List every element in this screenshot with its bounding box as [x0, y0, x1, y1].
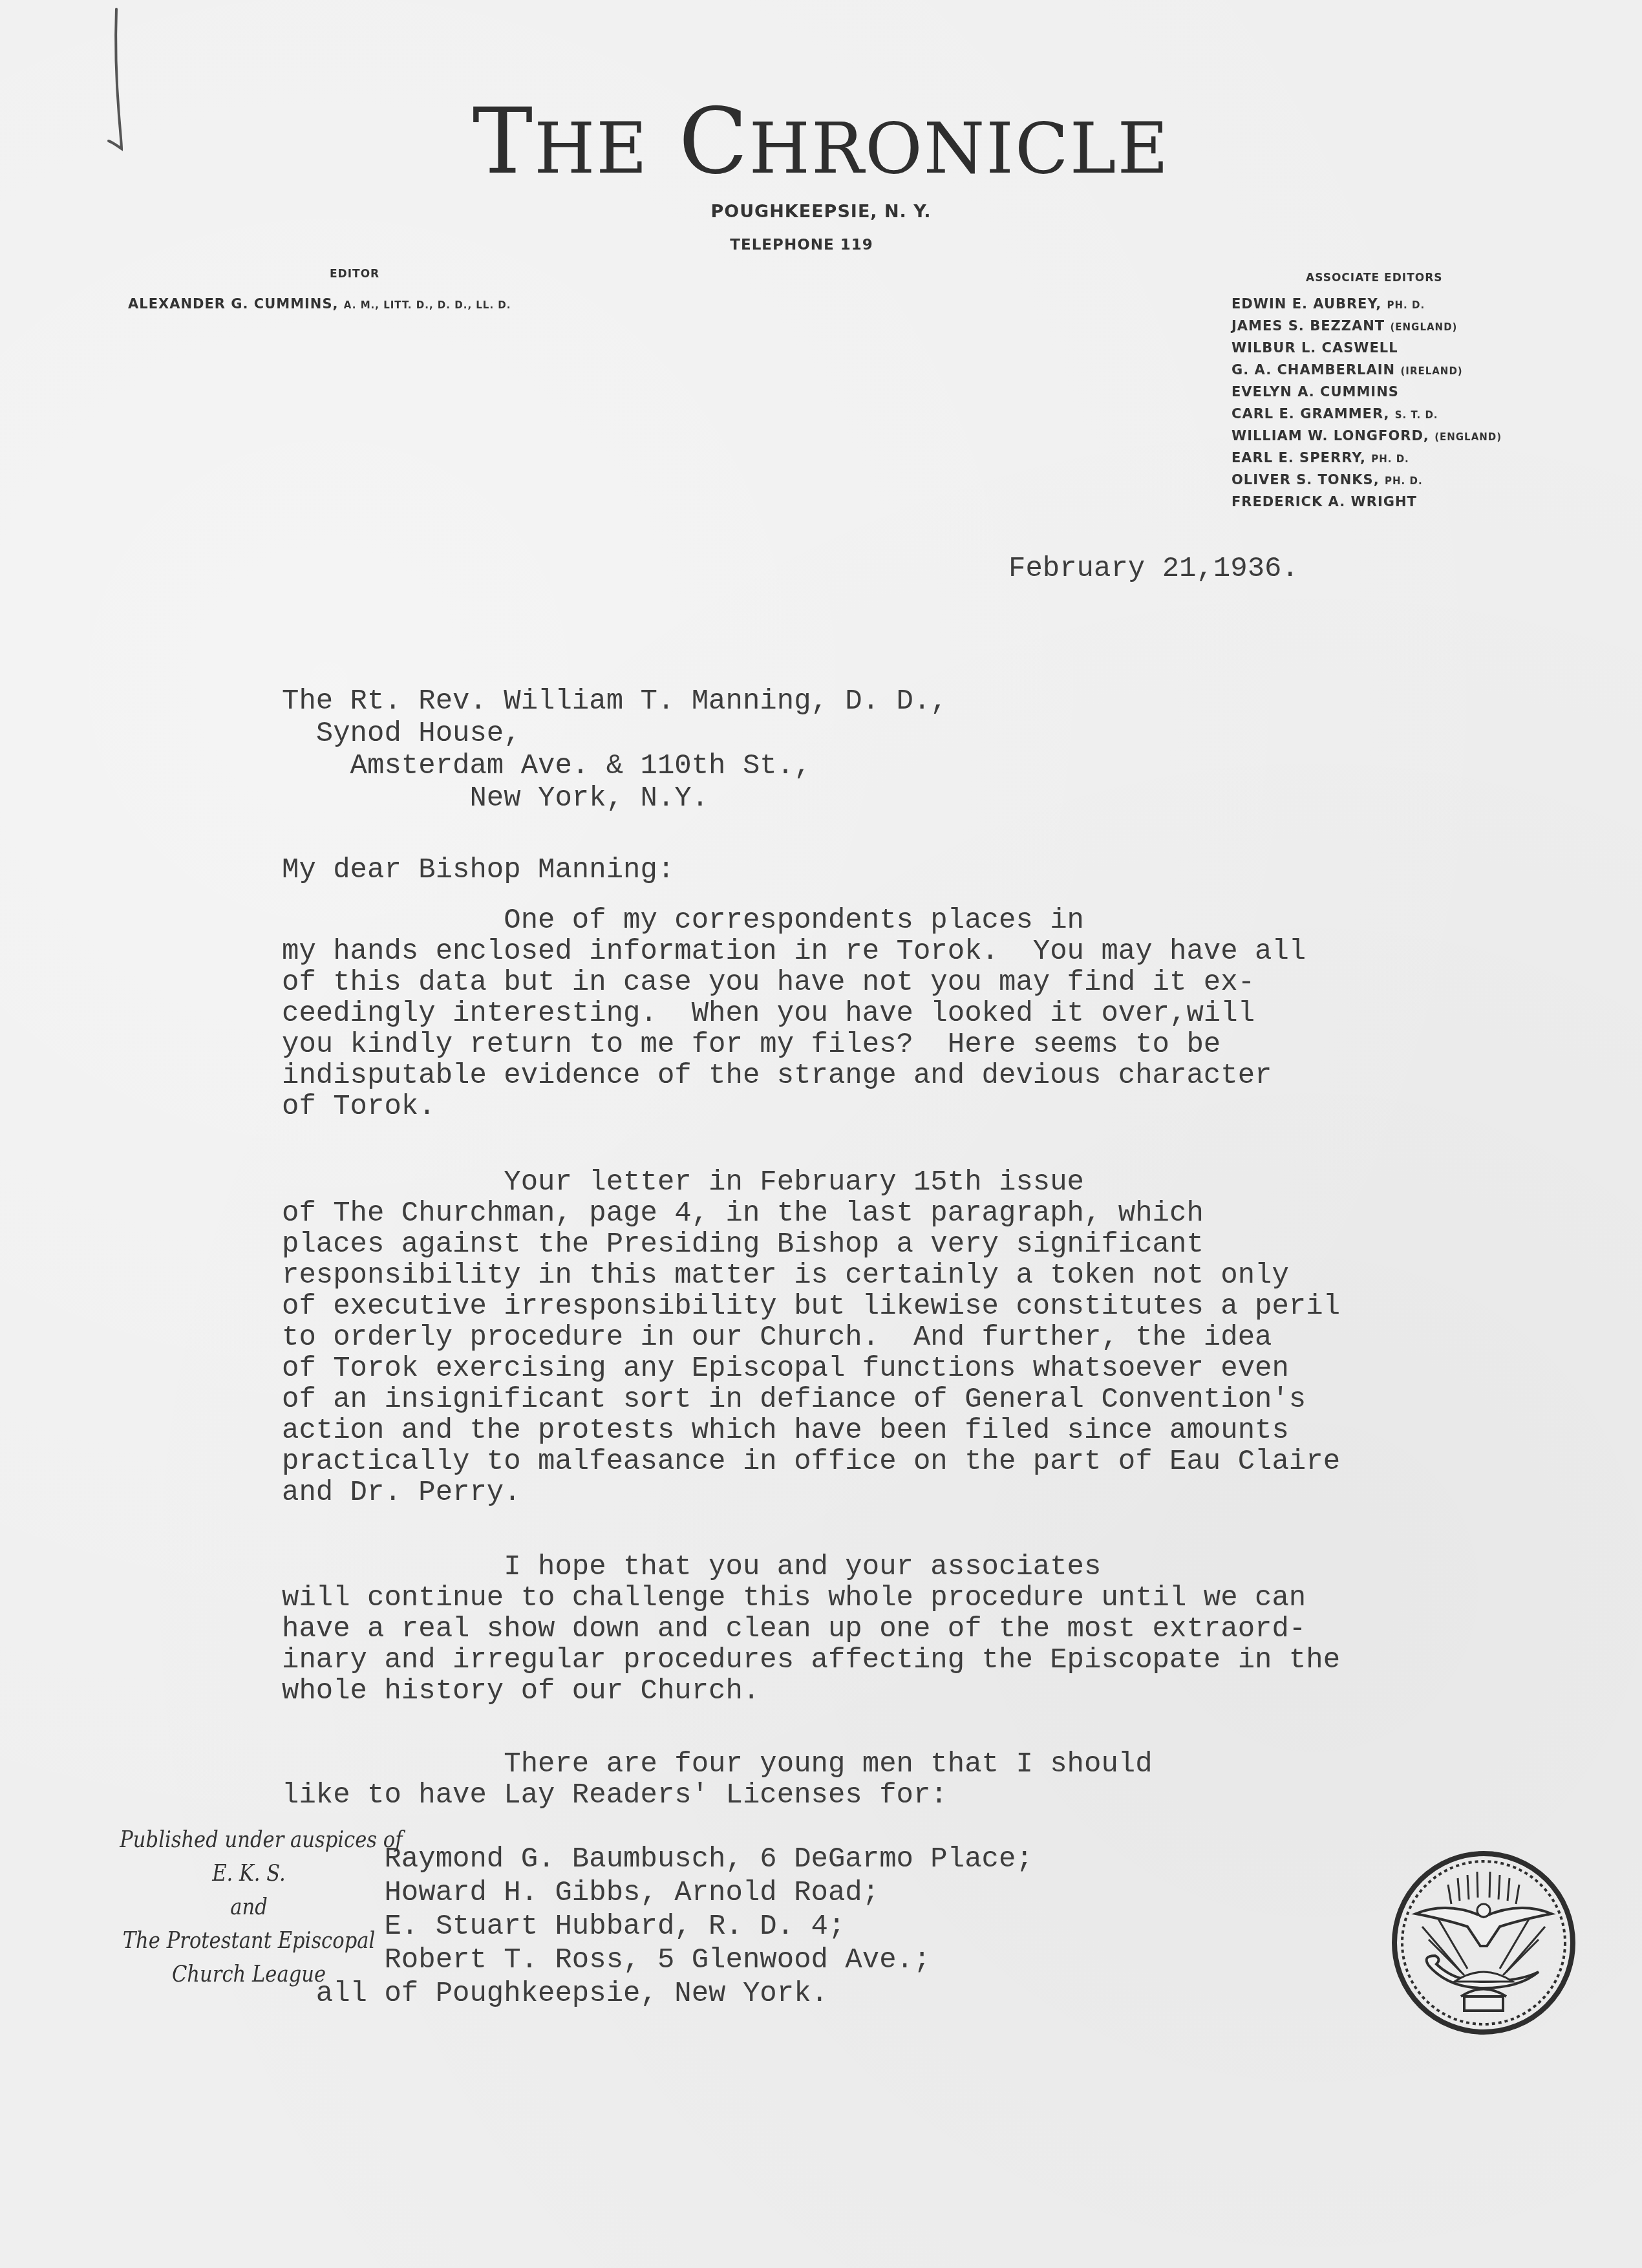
published-line: Published under auspices of: [120, 1823, 378, 1857]
associate-editor-suffix: PH. D.: [1371, 453, 1409, 465]
associate-editor: G. A. CHAMBERLAIN (IRELAND): [1231, 359, 1502, 381]
associate-editor: WILLIAM W. LONGFORD, (ENGLAND): [1231, 425, 1502, 447]
title-rest-hronicle: HRONICLE: [749, 109, 1169, 189]
associate-editor: OLIVER S. TONKS, PH. D.: [1231, 469, 1502, 491]
salutation: My dear Bishop Manning:: [282, 855, 674, 886]
associate-editor-name: G. A. CHAMBERLAIN: [1231, 362, 1400, 378]
associate-editor-suffix: (IRELAND): [1400, 365, 1462, 377]
associate-editors-list: EDWIN E. AUBREY, PH. D.JAMES S. BEZZANT …: [1231, 293, 1502, 513]
associate-editor-name: EVELYN A. CUMMINS: [1231, 384, 1399, 400]
associate-editor: EARL E. SPERRY, PH. D.: [1231, 447, 1502, 469]
title-rest-he: HE: [534, 109, 648, 189]
associate-editor: EDWIN E. AUBREY, PH. D.: [1231, 293, 1502, 315]
associate-editor-name: CARL E. GRAMMER,: [1231, 406, 1395, 422]
title-cap-t: T: [473, 89, 534, 195]
associate-editor-suffix: S. T. D.: [1395, 409, 1438, 421]
editor-label: EDITOR: [330, 268, 379, 281]
published-line: The Protestant Episcopal: [120, 1924, 378, 1958]
associate-editor-name: EARL E. SPERRY,: [1231, 450, 1371, 465]
associate-editor-name: FREDERICK A. WRIGHT: [1231, 494, 1417, 509]
masthead-city: POUGHKEEPSIE, N. Y.: [0, 202, 1642, 222]
editor-name: ALEXANDER G. CUMMINS, A. M., LITT. D., D…: [128, 296, 511, 312]
associate-editor-suffix: PH. D.: [1387, 299, 1425, 311]
dove-and-lamp-seal-icon: [1390, 1849, 1577, 2037]
body-paragraph-2: Your letter in February 15th issue of Th…: [282, 1167, 1340, 1508]
masthead-telephone: TELEPHONE 119: [0, 237, 1623, 253]
published-line: Church League: [120, 1958, 378, 1991]
associate-editor-suffix: (ENGLAND): [1390, 321, 1457, 333]
associate-editor-name: WILBUR L. CASWELL: [1231, 340, 1398, 356]
associate-editor: FREDERICK A. WRIGHT: [1231, 491, 1502, 513]
title-cap-c: C: [679, 89, 749, 195]
letter-date: February 21,1936.: [1008, 553, 1299, 584]
associate-editor: CARL E. GRAMMER, S. T. D.: [1231, 403, 1502, 425]
associate-editor: WILBUR L. CASWELL: [1231, 337, 1502, 359]
masthead-title: THE CHRONICLE: [0, 97, 1642, 187]
editor-degrees: A. M., LITT. D., D. D., LL. D.: [344, 299, 511, 311]
recipient-address: The Rt. Rev. William T. Manning, D. D., …: [282, 685, 948, 815]
associate-editor-suffix: PH. D.: [1385, 475, 1423, 487]
associate-editor-name: EDWIN E. AUBREY,: [1231, 296, 1387, 312]
editor-name-text: ALEXANDER G. CUMMINS,: [128, 296, 339, 312]
body-paragraph-4: There are four young men that I should l…: [282, 1749, 1153, 1811]
associate-editor-name: JAMES S. BEZZANT: [1231, 318, 1390, 334]
published-under-auspices: Published under auspices ofE. K. S.andTh…: [120, 1823, 378, 1991]
associate-editor-name: OLIVER S. TONKS,: [1231, 472, 1385, 487]
published-line: and: [120, 1890, 378, 1924]
published-line: E. K. S.: [120, 1857, 378, 1890]
associate-editor: EVELYN A. CUMMINS: [1231, 381, 1502, 403]
associate-editors-label: ASSOCIATE EDITORS: [1306, 272, 1443, 284]
body-paragraph-3: I hope that you and your associates will…: [282, 1552, 1340, 1707]
associate-editor-suffix: (ENGLAND): [1434, 431, 1502, 443]
associate-editor: JAMES S. BEZZANT (ENGLAND): [1231, 315, 1502, 337]
body-paragraph-1: One of my correspondents places in my ha…: [282, 905, 1306, 1122]
associate-editor-name: WILLIAM W. LONGFORD,: [1231, 428, 1434, 444]
license-candidates-list: Raymond G. Baumbusch, 6 DeGarmo Place; H…: [282, 1843, 1033, 2011]
